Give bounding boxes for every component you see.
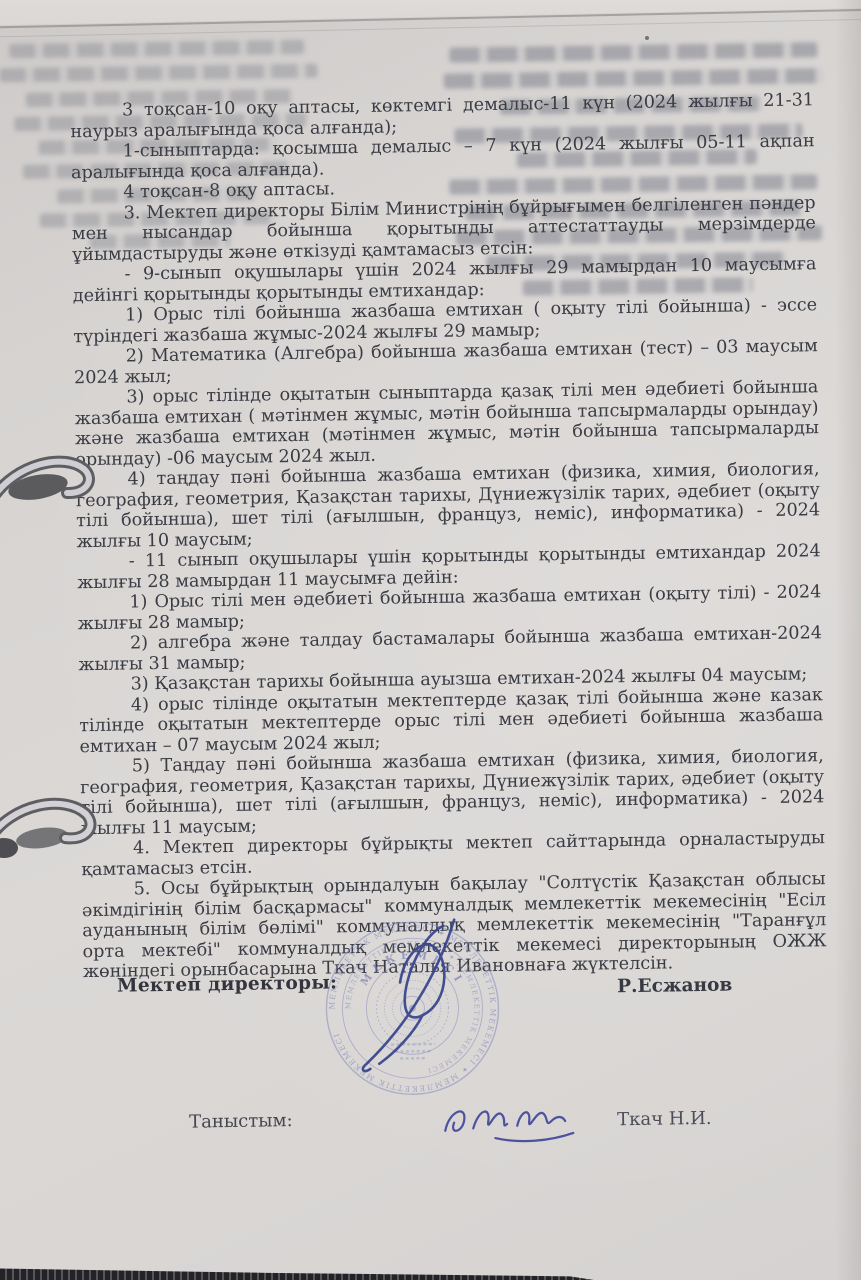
stamp-emblem <box>376 972 449 1059</box>
order-body-text: 3 тоқсан-10 оқу аптасы, көктемгі демалыс… <box>70 90 827 982</box>
binder-ring-top <box>0 443 116 523</box>
paragraph-grade11-exam5: 5) Таңдау пәні бойынша жазбаша емтихан (… <box>80 746 825 839</box>
document-content: 3 тоқсан-10 оқу аптасы, көктемгі демалыс… <box>0 0 861 1280</box>
director-name: Р.Есжанов <box>617 975 732 998</box>
acknowledger-pen-signature <box>437 1091 588 1153</box>
paper-page: 3 тоқсан-10 оқу аптасы, көктемгі демалыс… <box>0 0 861 1280</box>
ghost-text-line <box>0 64 318 83</box>
paragraph-item3: 3. Мектеп директоры Білім Министрінің бұ… <box>71 193 816 266</box>
ghost-text-line <box>9 40 304 58</box>
paragraph-grade9-exam3: 3) орыс тілінде оқытатын сыныптарда қаза… <box>74 377 819 470</box>
ghost-text-line <box>444 68 824 89</box>
ghost-text-line <box>449 42 817 62</box>
director-label: Мектеп директоры: <box>117 972 337 996</box>
scanned-document-photo: { "doc": { "language": "kk", "paragraphs… <box>0 0 861 1280</box>
acknowledger-name: Ткач Н.И. <box>617 1108 712 1130</box>
binder-ring-bottom <box>0 786 114 866</box>
paragraph-grade11-exam4: 4) орыс тілінде оқытатын мектептерде қаз… <box>79 685 824 758</box>
paragraph-grade9-exam4: 4) таңдау пәні бойынша жазбаша емтихан (… <box>75 459 820 552</box>
official-stamp: МЕМЛЕКЕТТІК МЕКЕМЕСІ ✦ МЕМЛЕКЕТТІК МЕКЕМ… <box>271 896 554 1120</box>
acknowledged-label: Таныстым: <box>189 1110 293 1133</box>
